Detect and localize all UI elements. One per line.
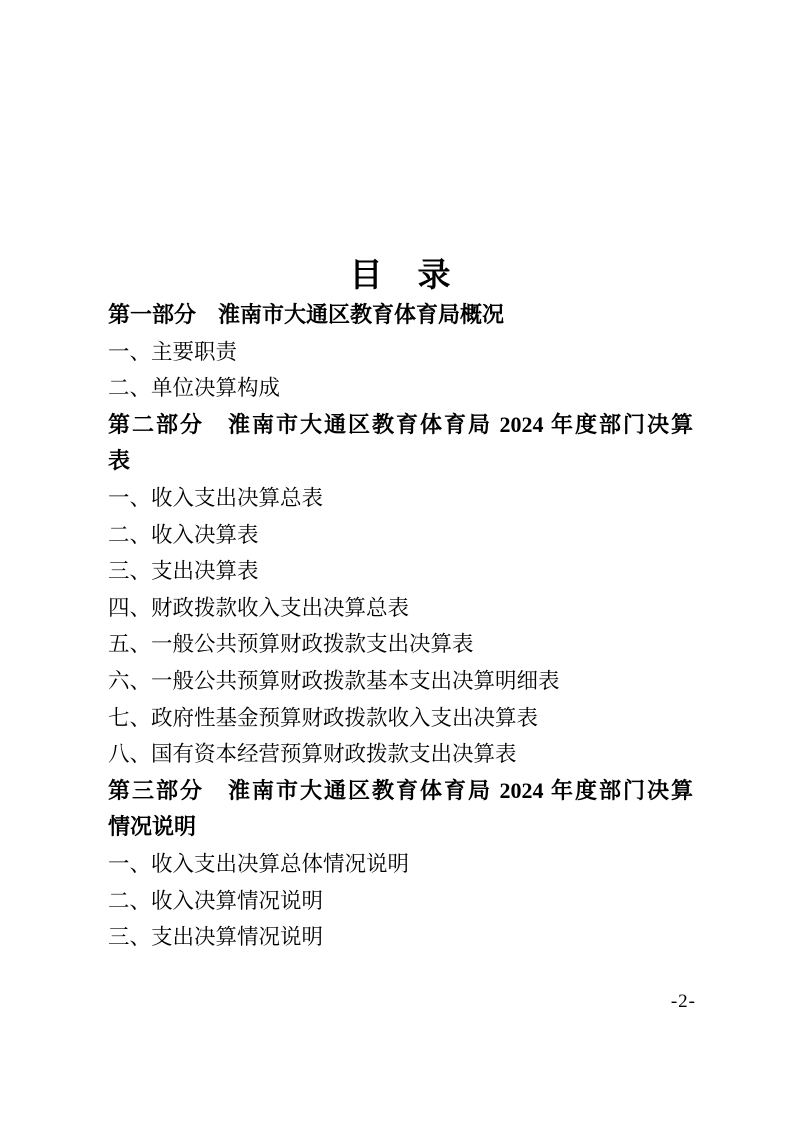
section-2-heading-line2: 表 <box>108 443 693 480</box>
toc-entry-government-fund-budget: 七、政府性基金预算财政拨款收入支出决算表 <box>108 700 693 737</box>
document-page: 目 录 第一部分 淮南市大通区教育体育局概况 一、主要职责 二、单位决算构成 第… <box>0 0 793 1122</box>
toc-entry-expense-situation-note: 三、支出决算情况说明 <box>108 919 693 956</box>
toc-entry-general-budget-expense: 五、一般公共预算财政拨款支出决算表 <box>108 626 693 663</box>
toc-entry-income-statement: 二、收入决算表 <box>108 517 693 554</box>
toc-content: 目 录 第一部分 淮南市大通区教育体育局概况 一、主要职责 二、单位决算构成 第… <box>108 0 693 956</box>
section-3-heading-line1: 第三部分 淮南市大通区教育体育局 2024 年度部门决算 <box>108 773 693 810</box>
toc-entry-state-capital-budget: 八、国有资本经营预算财政拨款支出决算表 <box>108 736 693 773</box>
toc-entry-expense-statement: 三、支出决算表 <box>108 553 693 590</box>
section-3-heading-line2: 情况说明 <box>108 809 693 846</box>
toc-entry-income-situation-note: 二、收入决算情况说明 <box>108 883 693 920</box>
section-1-heading: 第一部分 淮南市大通区教育体育局概况 <box>108 297 693 334</box>
section-2-heading-line1: 第二部分 淮南市大通区教育体育局 2024 年度部门决算 <box>108 407 693 444</box>
toc-entry-overall-situation-note: 一、收入支出决算总体情况说明 <box>108 846 693 883</box>
document-title: 目 录 <box>108 253 693 297</box>
toc-entry-fiscal-appropriation-summary: 四、财政拨款收入支出决算总表 <box>108 590 693 627</box>
toc-entry-general-budget-basic-expense-detail: 六、一般公共预算财政拨款基本支出决算明细表 <box>108 663 693 700</box>
toc-entry-unit-composition: 二、单位决算构成 <box>108 370 693 407</box>
toc-entry-main-duties: 一、主要职责 <box>108 334 693 371</box>
page-number: -2- <box>671 991 696 1013</box>
toc-entry-income-expense-summary: 一、收入支出决算总表 <box>108 480 693 517</box>
